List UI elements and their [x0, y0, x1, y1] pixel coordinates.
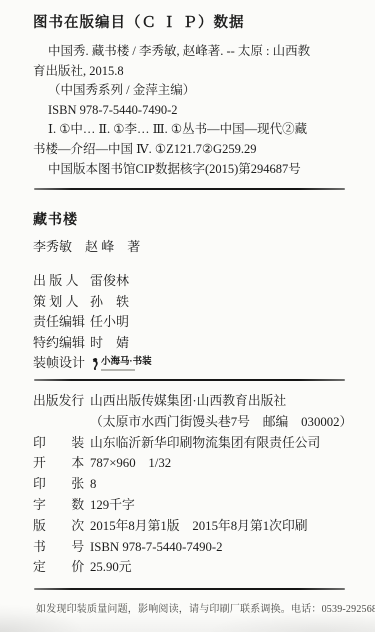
- pub-label: 印 张: [33, 474, 90, 495]
- staff-credits-block: 出 版 人 雷俊林 策 划 人 孙 轶 责任编辑 任小明 特约编辑 时 婧 装帧…: [33, 271, 152, 378]
- pub-label: [33, 412, 90, 433]
- staff-value: 雷俊林: [90, 271, 152, 292]
- cip-line-title-statement: 中国秀. 藏书楼 / 李秀敏, 赵峰著. -- 太原 : 山西教: [33, 42, 353, 62]
- pub-row-price: 定 价 25.90元: [33, 557, 352, 578]
- cip-line-publisher-continuation: 育出版社, 2015.8: [33, 62, 353, 82]
- seahorse-studio-logo: 小海马·书装: [90, 357, 152, 371]
- staff-label: 装帧设计: [33, 353, 90, 378]
- quality-complaint-note: 如发现印装质量问题，影响阅读，请与印刷厂联系调换。电话：0539-2925680: [36, 600, 366, 615]
- staff-row-design: 装帧设计 小海马·书装: [33, 353, 152, 378]
- seahorse-icon: [90, 357, 99, 371]
- staff-value: 孙 轶: [90, 292, 152, 313]
- divider-rule-bottom: [34, 588, 345, 590]
- pub-label: 出版发行: [33, 391, 90, 412]
- pub-label: 印 装: [33, 433, 90, 454]
- staff-row-responsible-editor: 责任编辑 任小明: [33, 312, 152, 333]
- pub-value: 8: [90, 474, 352, 495]
- cip-line-record-number: 中国版本图书馆CIP数据核字(2015)第294687号: [33, 160, 353, 180]
- logo-text-wrap: 小海马·书装: [101, 357, 152, 371]
- pub-value: 787×960 1/32: [90, 453, 352, 474]
- cip-line-classification-2: 书楼—介绍—中国 Ⅳ. ①Z121.7②G259.29: [33, 140, 353, 160]
- publication-info-block: 出版发行 山西出版传媒集团·山西教育出版社 （太原市水西门街馒头巷7号 邮编 0…: [33, 391, 352, 578]
- staff-value: 任小明: [90, 312, 152, 333]
- book-title: 藏书楼: [33, 209, 78, 229]
- pub-value: 山西出版传媒集团·山西教育出版社: [90, 391, 352, 412]
- pub-row-publisher: 出版发行 山西出版传媒集团·山西教育出版社: [33, 391, 352, 412]
- pub-row-isbn: 书 号 ISBN 978-7-5440-7490-2: [33, 537, 352, 558]
- pub-label: 版 次: [33, 516, 90, 537]
- divider-rule-top: [34, 188, 345, 190]
- cip-heading: 图书在版编目（Ｃ Ｉ Ｐ）数据: [33, 11, 245, 32]
- staff-label: 出 版 人: [33, 271, 90, 292]
- pub-label: 定 价: [33, 557, 90, 578]
- pub-row-edition: 版 次 2015年8月第1版 2015年8月第1次印刷: [33, 516, 352, 537]
- staff-value: 时 婧: [90, 333, 152, 354]
- cip-line-isbn: ISBN 978-7-5440-7490-2: [33, 101, 353, 121]
- pub-label: 书 号: [33, 537, 90, 558]
- staff-row-contributing-editor: 特约编辑 时 婧: [33, 333, 152, 354]
- pub-label: 开 本: [33, 453, 90, 474]
- pub-value: ISBN 978-7-5440-7490-2: [90, 537, 352, 558]
- pub-value: （太原市水西门街馒头巷7号 邮编 030002）: [90, 412, 352, 433]
- pub-row-format: 开 本 787×960 1/32: [33, 453, 352, 474]
- book-authors: 李秀敏 赵 峰 著: [33, 236, 140, 255]
- logo-fine-print: [101, 369, 135, 371]
- cip-line-series: （中国秀系列 / 金萍主编）: [33, 81, 353, 101]
- staff-label: 责任编辑: [33, 312, 90, 333]
- staff-label: 特约编辑: [33, 333, 90, 354]
- design-studio-logo: 小海马·书装: [90, 353, 152, 378]
- pub-row-word-count: 字 数 129千字: [33, 495, 352, 516]
- pub-value: 25.90元: [90, 557, 352, 578]
- cip-body: 中国秀. 藏书楼 / 李秀敏, 赵峰著. -- 太原 : 山西教 育出版社, 2…: [33, 42, 353, 179]
- pub-value: 山东临沂新华印刷物流集团有限责任公司: [90, 433, 352, 454]
- pub-value: 2015年8月第1版 2015年8月第1次印刷: [90, 516, 352, 537]
- pub-value: 129千字: [90, 495, 352, 516]
- cip-line-classification-1: Ⅰ. ①中… Ⅱ. ①李… Ⅲ. ①丛书—中国—现代②藏: [33, 120, 353, 140]
- pub-row-address: （太原市水西门街馒头巷7号 邮编 030002）: [33, 412, 352, 433]
- design-studio-name: 小海马·书装: [101, 357, 152, 367]
- pub-row-sheets: 印 张 8: [33, 474, 352, 495]
- divider-rule-middle: [34, 379, 345, 381]
- pub-row-printer: 印 装 山东临沂新华印刷物流集团有限责任公司: [33, 433, 352, 454]
- staff-row-publisher-person: 出 版 人 雷俊林: [33, 271, 152, 292]
- staff-row-planner: 策 划 人 孙 轶: [33, 292, 152, 313]
- pub-label: 字 数: [33, 495, 90, 516]
- staff-label: 策 划 人: [33, 292, 90, 313]
